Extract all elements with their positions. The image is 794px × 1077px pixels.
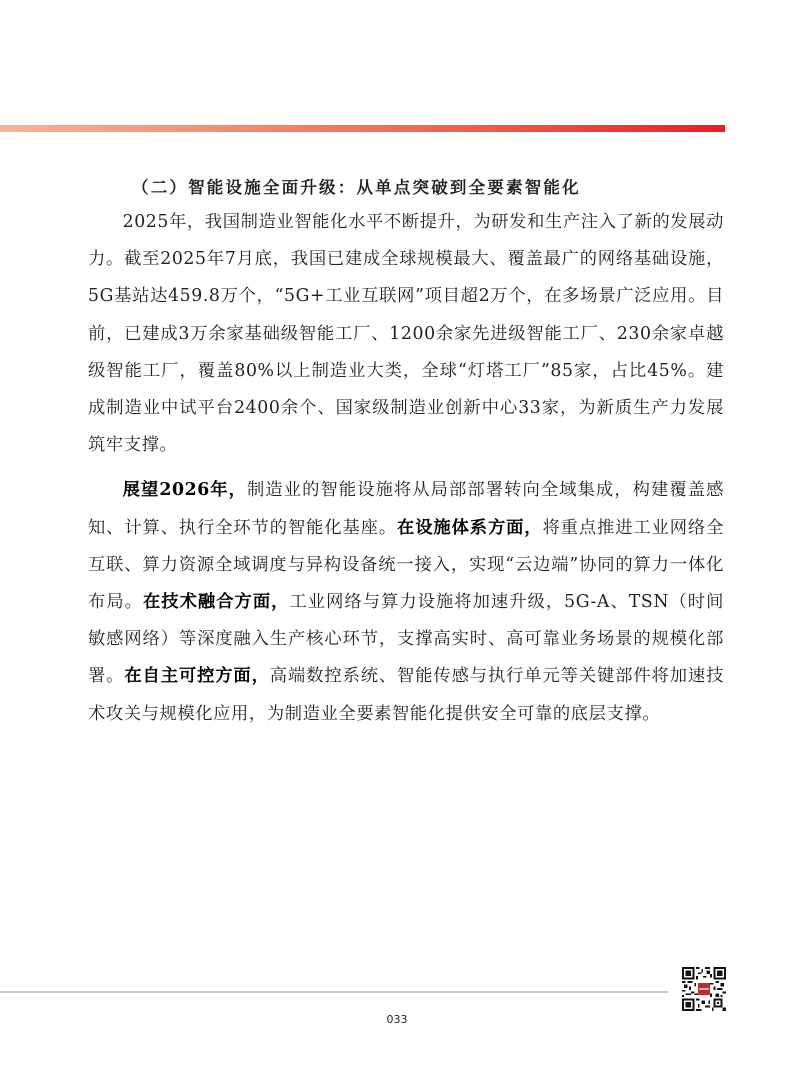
- outlook-2026-lead: 展望2026年，: [123, 480, 247, 500]
- section-heading: （二）智能设施全面升级：从单点突破到全要素智能化: [132, 172, 724, 204]
- qr-code-icon[interactable]: [682, 967, 726, 1011]
- paragraph-2: 展望2026年，制造业的智能设施将从局部部署转向全域集成，构建覆盖感知、计算、执…: [88, 472, 724, 732]
- page-content: （二）智能设施全面升级：从单点突破到全要素智能化 2025年，我国制造业智能化水…: [88, 172, 724, 733]
- technology-integration-lead: 在技术融合方面，: [143, 592, 290, 612]
- paragraph-1: 2025年，我国制造业智能化水平不断提升，为研发和生产注入了新的发展动力。截至2…: [88, 204, 724, 464]
- page-number: 033: [0, 1013, 794, 1026]
- qr-code-graphic: [682, 967, 726, 1011]
- autonomy-control-lead: 在自主可控方面，: [124, 666, 269, 686]
- header-accent-bar: [0, 125, 725, 132]
- paragraph-1-text: 2025年，我国制造业智能化水平不断提升，为研发和生产注入了新的发展动力。截至2…: [88, 212, 724, 455]
- footer-divider: [0, 991, 668, 993]
- infrastructure-system-lead: 在设施体系方面，: [397, 518, 542, 538]
